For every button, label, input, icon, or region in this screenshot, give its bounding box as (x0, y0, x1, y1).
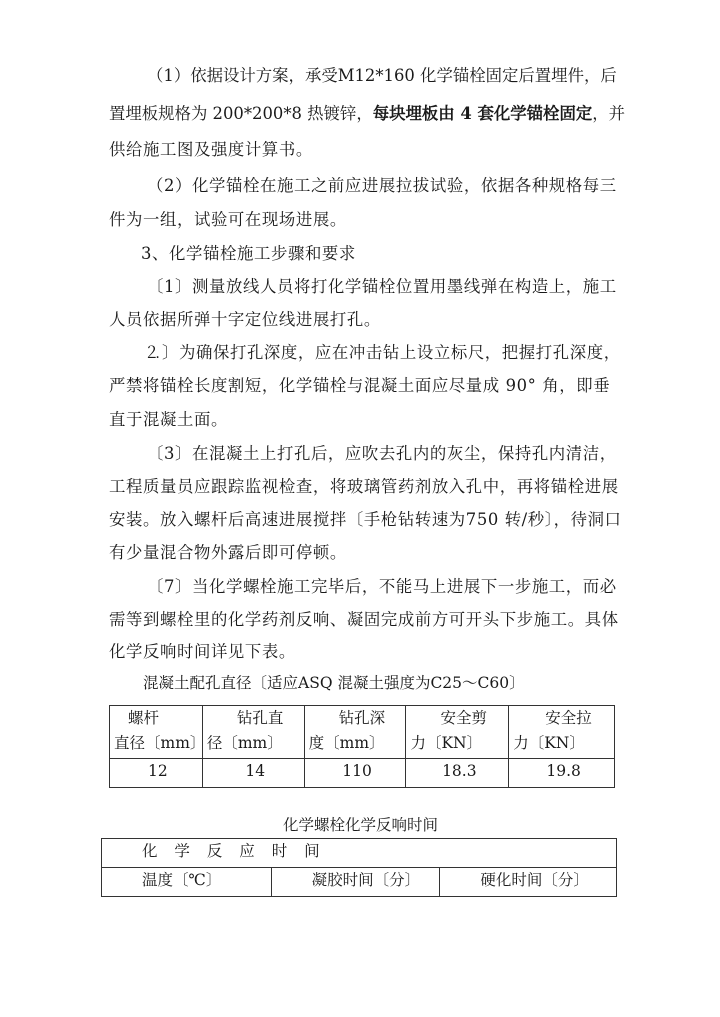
header-cell-drill-diameter: 钻孔直 径〔mm〕 (202, 706, 304, 759)
para1-line2-bold: 每块埋板由 4 套化学锚栓固定 (373, 104, 593, 124)
cell-rod-diameter: 12 (110, 759, 203, 788)
para1-line3: 供给施工图及强度计算书。 (109, 140, 313, 160)
header-cell-rod-diameter: 螺杆 直径〔mm〕 (110, 706, 203, 759)
step3-line1: 〔3〕在混凝土上打孔后，应吹去孔内的灰尘，保持孔内清洁， (147, 444, 617, 464)
step2-line1: ⒉〕为确保打孔深度，应在冲击钻上设立标尺，把握打孔深度， (145, 343, 621, 363)
header-cell-safe-tension: 安全拉 力〔KN〕 (509, 706, 615, 759)
step3-line4: 有少量混合物外露后即可停顿。 (109, 543, 347, 563)
header-cell-gel-time: 凝胶时间〔分〕 (271, 868, 440, 897)
para2-line2: 件为一组，试验可在现场进展。 (109, 210, 347, 230)
reaction-time-table: 化 学 反 应 时 间 温度〔℃〕 凝胶时间〔分〕 硬化时间〔分〕 (101, 838, 617, 897)
table-title-row: 化 学 反 应 时 间 (102, 839, 617, 868)
header-top-text: 安全拉 (513, 706, 614, 731)
header-bottom-text: 力〔KN〕 (410, 731, 508, 756)
para1-line1: （1）依据设计方案，承受M12*160 化学锚栓固定后置埋件，后 (147, 66, 613, 86)
table-header-row: 温度〔℃〕 凝胶时间〔分〕 硬化时间〔分〕 (102, 868, 617, 897)
header-bottom-text: 力〔KN〕 (513, 731, 614, 756)
cell-safe-shear: 18.3 (406, 759, 509, 788)
header-bottom-text: 度〔mm〕 (309, 731, 406, 756)
cell-safe-tension: 19.8 (509, 759, 615, 788)
step3-line3: 安装。放入螺杆后高速进展搅拌〔手枪钻转速为750 转/秒〕，待洞口 (109, 510, 622, 530)
cell-drill-diameter: 14 (202, 759, 304, 788)
header-top-text: 安全剪 (410, 706, 508, 731)
table2-title: 化学螺栓化学反响时间 (283, 815, 438, 835)
anchor-spec-table: 螺杆 直径〔mm〕 钻孔直 径〔mm〕 钻孔深 度〔mm〕 安全剪 力〔KN〕 … (109, 705, 615, 788)
step1-line1: 〔1〕测量放线人员将打化学锚栓位置用墨线弹在构造上，施工 (147, 277, 617, 297)
step3-line2: 工程质量员应跟踪监视检查，将玻璃管药剂放入孔中，再将锚栓进展 (109, 477, 619, 497)
para1-line1-text: （1）依据设计方案，承受M12*160 化学锚栓固定后置埋件，后 (147, 66, 617, 86)
header-top-text: 钻孔直 (207, 706, 304, 731)
para1-line2-pre: 置埋板规格为 200*200*8 热镀锌， (109, 104, 373, 124)
header-cell-drill-depth: 钻孔深 度〔mm〕 (304, 706, 406, 759)
table-header-row: 螺杆 直径〔mm〕 钻孔直 径〔mm〕 钻孔深 度〔mm〕 安全剪 力〔KN〕 … (110, 706, 615, 759)
table1-caption: 混凝土配孔直径〔适应ASQ 混凝土强度为C25～C60〕 (143, 673, 525, 693)
header-bottom-text: 直径〔mm〕 (114, 731, 202, 756)
step1-line2: 人员依据所弹十字定位线进展打孔。 (109, 310, 381, 330)
step7-line1: 〔7〕当化学螺栓施工完毕后，不能马上进展下一步施工，而必 (147, 577, 617, 597)
header-cell-safe-shear: 安全剪 力〔KN〕 (406, 706, 509, 759)
para1-line2-post: ，并 (592, 104, 625, 124)
para1-line2: 置埋板规格为 200*200*8 热镀锌， 每块埋板由 4 套化学锚栓固定 ，并 (109, 104, 613, 124)
header-cell-temperature: 温度〔℃〕 (102, 868, 272, 897)
header-top-text: 钻孔深 (309, 706, 406, 731)
step7-line2: 需等到螺栓里的化学药剂反响、凝固完成前方可开头下步施工。具体 (109, 610, 619, 630)
table-row: 12 14 110 18.3 19.8 (110, 759, 615, 788)
step7-line3: 化学反响时间详见下表。 (109, 642, 296, 662)
section3-heading: 3、化学锚栓施工步骤和要求 (141, 244, 356, 264)
header-bottom-text: 径〔mm〕 (207, 731, 304, 756)
header-cell-cure-time: 硬化时间〔分〕 (440, 868, 617, 897)
para2-line1: （2）化学锚栓在施工之前应进展拉拔试验，依据各种规格每三 (147, 176, 617, 196)
header-top-text: 螺杆 (114, 706, 202, 731)
step2-line2: 严禁将锚栓长度割短，化学锚栓与混凝土面应尽量成 90° 角，即垂 (109, 376, 610, 396)
step2-line3: 直于混凝土面。 (109, 410, 228, 430)
reaction-time-header: 化 学 反 应 时 间 (102, 839, 617, 868)
cell-drill-depth: 110 (304, 759, 406, 788)
